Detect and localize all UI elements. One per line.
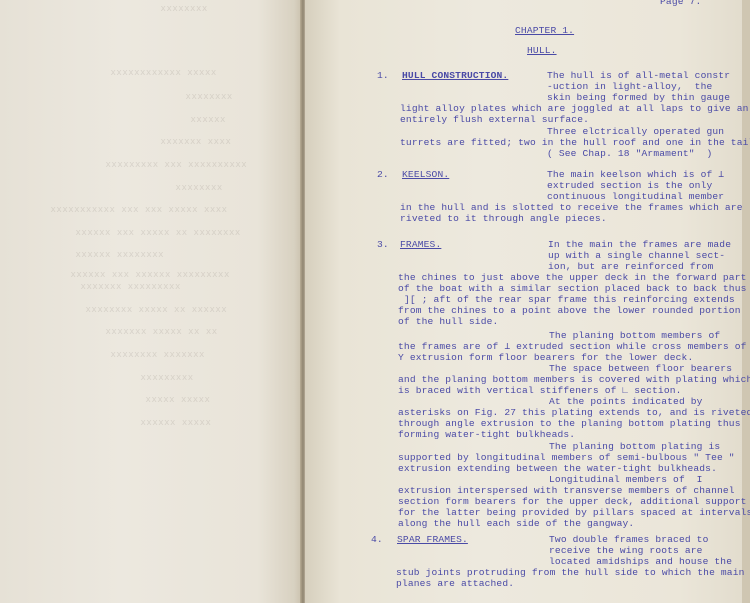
text-line: and the planing bottom members is covere… — [398, 374, 750, 386]
show-through-text: xxxxxxxxx xxxxxx xxx xxxxxx — [70, 270, 229, 280]
chapter-subtitle: HULL. — [527, 45, 557, 57]
text-line: Y extrusion form floor bearers for the l… — [398, 352, 693, 364]
text-line: is braced with vertical stiffeners of ∟ … — [398, 385, 682, 397]
text-line: from the chines to a point above the low… — [398, 305, 741, 317]
section-number: 3. — [377, 239, 389, 251]
text-line: light alloy plates which are joggled at … — [400, 103, 749, 115]
text-line: up with a single channel sect- — [548, 250, 725, 262]
show-through-text: xxxxxxxx — [160, 4, 207, 14]
show-through-text: xxxxx xxxxx — [145, 395, 210, 405]
text-line: in the hull and is slotted to receive th… — [400, 202, 743, 214]
text-line: extruded section is the only — [547, 180, 712, 192]
text-line: asterisks on Fig. 27 this plating extend… — [398, 407, 750, 419]
text-line: located amidships and house the — [549, 556, 732, 568]
show-through-text: xxxx xxxxx xxx xxx xxxxxxxxxxx — [50, 205, 227, 215]
text-line: Two double frames braced to — [549, 534, 709, 546]
text-line: -uction in light-alloy, the — [547, 81, 712, 93]
show-through-text: xxxxxxxxx xxxxxxx — [80, 282, 180, 292]
section-heading: HULL CONSTRUCTION. — [402, 70, 508, 82]
show-through-text: xxxxxxxxxx xxx xxxxxxxxx — [105, 160, 247, 170]
section-heading: FRAMES. — [400, 239, 441, 251]
page-number: Page 7. — [660, 0, 701, 8]
text-line: forming water-tight bulkheads. — [398, 429, 575, 441]
text-line: section form bearers for the upper deck,… — [398, 496, 747, 508]
show-through-text: xxxxxxxx — [175, 183, 222, 193]
text-line: along the hull each side of the gangway. — [398, 518, 634, 530]
text-line: The main keelson which is of ⊥ — [547, 169, 724, 181]
text-line: The space between floor bearers — [549, 363, 732, 375]
text-line: skin being formed by thin gauge — [547, 92, 730, 104]
text-line: extrusion extending between the water-ti… — [398, 463, 717, 475]
show-through-text: xxxxxxxx xx xxxxx xxx xxxxxx — [75, 228, 240, 238]
text-line: continuous longitudinal member — [547, 191, 724, 203]
show-through-text: xxxxxxxxx — [140, 373, 193, 383]
text-line: of the boat with a similar section place… — [398, 283, 747, 295]
text-line: At the points indicated by — [549, 396, 703, 408]
text-line: ( See Chap. 18 "Armament" ) — [547, 148, 712, 160]
text-line: turrets are fitted; two in the hull roof… — [400, 137, 750, 149]
text-line: The planing bottom plating is — [549, 441, 720, 453]
show-through-text: xx xx xxxxx xxxxxxx — [105, 327, 217, 337]
text-line: stub joints protruding from the hull sid… — [396, 567, 745, 579]
text-line: The planing bottom members of — [549, 330, 720, 342]
show-through-text: xxxxxxxx — [185, 92, 232, 102]
text-line: entirely flush external surface. — [400, 114, 589, 126]
text-line: through angle extrusion to the planing b… — [398, 418, 741, 430]
text-line: Three elctrically operated gun — [547, 126, 724, 138]
text-line: receive the wing roots are — [549, 545, 703, 557]
show-through-text: xxxxxxxx xxxxxx — [75, 250, 164, 260]
left-page: xxxxxxxx xxxxx xxxxxxxxxxxx xxxxxxxx xxx… — [0, 0, 303, 603]
show-through-text: xxxxx xxxxxxxxxxxx — [110, 68, 216, 78]
show-through-text: xxxxx xxxxxx — [140, 418, 211, 428]
chapter-title: CHAPTER 1. — [515, 25, 574, 37]
text-line: of the hull side. — [398, 316, 498, 328]
text-line: supported by longitudinal members of sem… — [398, 452, 735, 464]
show-through-text: xxxxxxx xxxxxxxx — [110, 350, 204, 360]
section-number: 2. — [377, 169, 389, 181]
text-line: riveted to it through angle pieces. — [400, 213, 607, 225]
section-number: 1. — [377, 70, 389, 82]
text-line: In the main the frames are made — [548, 239, 731, 251]
text-line: the chines to just above the upper deck … — [398, 272, 747, 284]
text-line: ][ ; aft of the rear spar frame this rei… — [404, 294, 735, 306]
text-line: planes are attached. — [396, 578, 514, 590]
show-through-text: xxxxxx xx xxxxx xxxxxxxx — [85, 305, 227, 315]
section-heading: SPAR FRAMES. — [397, 534, 468, 546]
text-line: The hull is of all-metal constr — [547, 70, 730, 82]
show-through-text: xxxx xxxxxxx — [160, 137, 231, 147]
text-line: Longitudinal members of I — [549, 474, 703, 486]
text-line: the frames are of ⊥ extruded section whi… — [398, 341, 747, 353]
text-line: ion, but are reinforced from — [548, 261, 713, 273]
section-heading: KEELSON. — [402, 169, 449, 181]
section-number: 4. — [371, 534, 383, 546]
show-through-text: xxxxxx — [190, 115, 225, 125]
text-line: extrusion interspersed with transverse m… — [398, 485, 735, 497]
text-line: for the latter being provided by pillars… — [398, 507, 750, 519]
